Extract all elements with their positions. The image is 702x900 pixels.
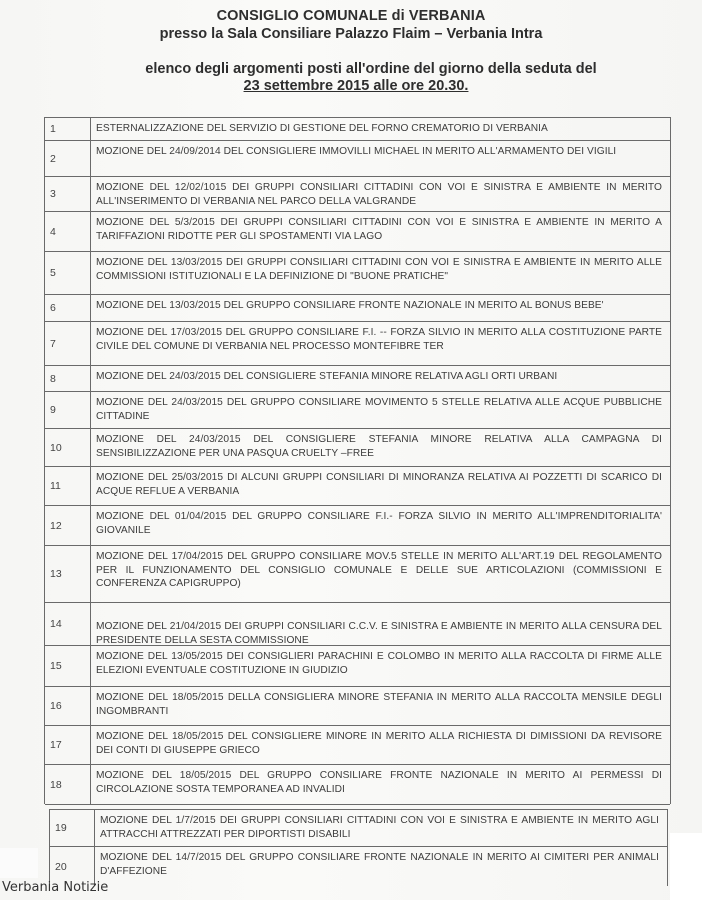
item-number: 18 <box>45 765 91 804</box>
item-number: 5 <box>45 252 91 294</box>
item-number: 1 <box>45 118 91 140</box>
item-number: 13 <box>45 546 91 602</box>
table-row: 7MOZIONE DEL 17/03/2015 DEL GRUPPO CONSI… <box>45 321 670 365</box>
item-description: MOZIONE DEL 1/7/2015 DEI GRUPPI CONSILIA… <box>95 810 667 841</box>
item-number: 7 <box>45 322 91 365</box>
table-row: 19MOZIONE DEL 1/7/2015 DEI GRUPPI CONSIL… <box>50 809 667 846</box>
table-row: 9MOZIONE DEL 24/03/2015 DEL GRUPPO CONSI… <box>45 391 670 428</box>
item-description: MOZIONE DEL 13/03/2015 DEI GRUPPI CONSIL… <box>91 252 670 283</box>
item-number: 3 <box>45 177 91 211</box>
item-description: MOZIONE DEL 25/03/2015 DI ALCUNI GRUPPI … <box>91 467 670 498</box>
item-description: MOZIONE DEL 13/03/2015 DEL GRUPPO CONSIL… <box>91 295 670 313</box>
table-row: 4MOZIONE DEL 5/3/2015 DEI GRUPPI CONSILI… <box>45 211 670 251</box>
table-row: 5MOZIONE DEL 13/03/2015 DEI GRUPPI CONSI… <box>45 251 670 294</box>
item-description: MOZIONE DEL 17/03/2015 DEL GRUPPO CONSIL… <box>91 322 670 353</box>
item-description: MOZIONE DEL 14/7/2015 DEL GRUPPO CONSILI… <box>95 847 667 878</box>
table-row: 13MOZIONE DEL 17/04/2015 DEL GRUPPO CONS… <box>45 545 670 602</box>
agenda-table: 1ESTERNALIZZAZIONE DEL SERVIZIO DI GESTI… <box>44 117 671 804</box>
table-row: 15MOZIONE DEL 13/05/2015 DEI CONSIGLIERI… <box>45 645 670 686</box>
table-row: 14MOZIONE DEL 21/04/2015 DEI GRUPPI CONS… <box>45 602 670 645</box>
item-description: MOZIONE DEL 12/02/1015 DEI GRUPPI CONSIL… <box>91 177 670 208</box>
document-title: CONSIGLIO COMUNALE di VERBANIA <box>0 8 702 24</box>
table-row: 2MOZIONE DEL 24/09/2014 DEL CONSIGLIERE … <box>45 140 670 176</box>
table-row: 16MOZIONE DEL 18/05/2015 DELLA CONSIGLIE… <box>45 686 670 725</box>
item-number: 2 <box>45 141 91 176</box>
item-number: 9 <box>45 392 91 428</box>
table-row: 1ESTERNALIZZAZIONE DEL SERVIZIO DI GESTI… <box>45 117 670 140</box>
item-description: ESTERNALIZZAZIONE DEL SERVIZIO DI GESTIO… <box>91 118 670 136</box>
watermark-label: Verbania Notizie <box>2 880 108 895</box>
item-description: MOZIONE DEL 18/05/2015 DEL CONSIGLIERE M… <box>91 726 670 757</box>
table-row: 3MOZIONE DEL 12/02/1015 DEI GRUPPI CONSI… <box>45 176 670 211</box>
item-description: MOZIONE DEL 18/05/2015 DEL GRUPPO CONSIL… <box>91 765 670 796</box>
table-row: 11MOZIONE DEL 25/03/2015 DI ALCUNI GRUPP… <box>45 466 670 505</box>
item-description: MOZIONE DEL 5/3/2015 DEI GRUPPI CONSILIA… <box>91 212 670 243</box>
table-row: 12MOZIONE DEL 01/04/2015 DEL GRUPPO CONS… <box>45 505 670 545</box>
item-description: MOZIONE DEL 18/05/2015 DELLA CONSIGLIERA… <box>91 687 670 718</box>
agenda-intro: elenco degli argomenti posti all'ordine … <box>0 61 702 77</box>
item-description: MOZIONE DEL 01/04/2015 DEL GRUPPO CONSIL… <box>91 506 670 537</box>
table-border <box>45 804 670 805</box>
session-date: 23 settembre 2015 alle ore 20.30. <box>0 78 702 94</box>
table-row: 20MOZIONE DEL 14/7/2015 DEL GRUPPO CONSI… <box>50 846 667 886</box>
table-row: 17MOZIONE DEL 18/05/2015 DEL CONSIGLIERE… <box>45 725 670 764</box>
item-description: MOZIONE DEL 24/03/2015 DEL GRUPPO CONSIL… <box>91 392 670 423</box>
item-number: 4 <box>45 212 91 251</box>
item-number: 11 <box>45 467 91 505</box>
item-description: MOZIONE DEL 13/05/2015 DEI CONSIGLIERI P… <box>91 646 670 677</box>
item-number: 16 <box>45 687 91 725</box>
item-description: MOZIONE DEL 24/03/2015 DEL CONSIGLIERE S… <box>91 366 670 384</box>
scanned-document: CONSIGLIO COMUNALE di VERBANIA presso la… <box>0 0 702 900</box>
item-number: 10 <box>45 429 91 466</box>
scan-margin-right <box>670 833 702 900</box>
item-description: MOZIONE DEL 17/04/2015 DEL GRUPPO CONSIL… <box>91 546 670 591</box>
item-number: 12 <box>45 506 91 545</box>
item-number: 14 <box>45 603 91 645</box>
item-number: 17 <box>45 726 91 764</box>
table-row: 10MOZIONE DEL 24/03/2015 DEL CONSIGLIERE… <box>45 428 670 466</box>
item-description: MOZIONE DEL 24/03/2015 DEL CONSIGLIERE S… <box>91 429 670 460</box>
item-description: MOZIONE DEL 21/04/2015 DEI GRUPPI CONSIL… <box>91 603 670 647</box>
agenda-table-continued: 19MOZIONE DEL 1/7/2015 DEI GRUPPI CONSIL… <box>49 809 668 886</box>
table-row: 18MOZIONE DEL 18/05/2015 DEL GRUPPO CONS… <box>45 764 670 804</box>
scan-margin <box>0 848 38 878</box>
item-number: 8 <box>45 366 91 391</box>
table-row: 6MOZIONE DEL 13/03/2015 DEL GRUPPO CONSI… <box>45 294 670 321</box>
document-subtitle: presso la Sala Consiliare Palazzo Flaim … <box>0 26 702 42</box>
item-number: 19 <box>50 810 95 846</box>
item-description: MOZIONE DEL 24/09/2014 DEL CONSIGLIERE I… <box>91 141 670 159</box>
item-number: 6 <box>45 295 91 321</box>
table-row: 8MOZIONE DEL 24/03/2015 DEL CONSIGLIERE … <box>45 365 670 391</box>
item-number: 15 <box>45 646 91 686</box>
